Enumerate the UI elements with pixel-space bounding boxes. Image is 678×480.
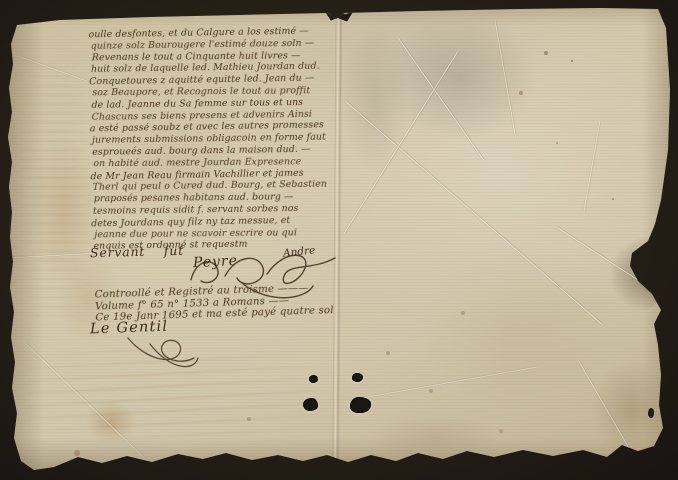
paper-sheet: oulle desfontes, et du Calgure a los est… xyxy=(0,0,678,480)
archival-scan-background: oulle desfontes, et du Calgure a los est… xyxy=(0,0,678,480)
edge-shading xyxy=(0,0,678,480)
foxing-speckles xyxy=(0,0,2,2)
